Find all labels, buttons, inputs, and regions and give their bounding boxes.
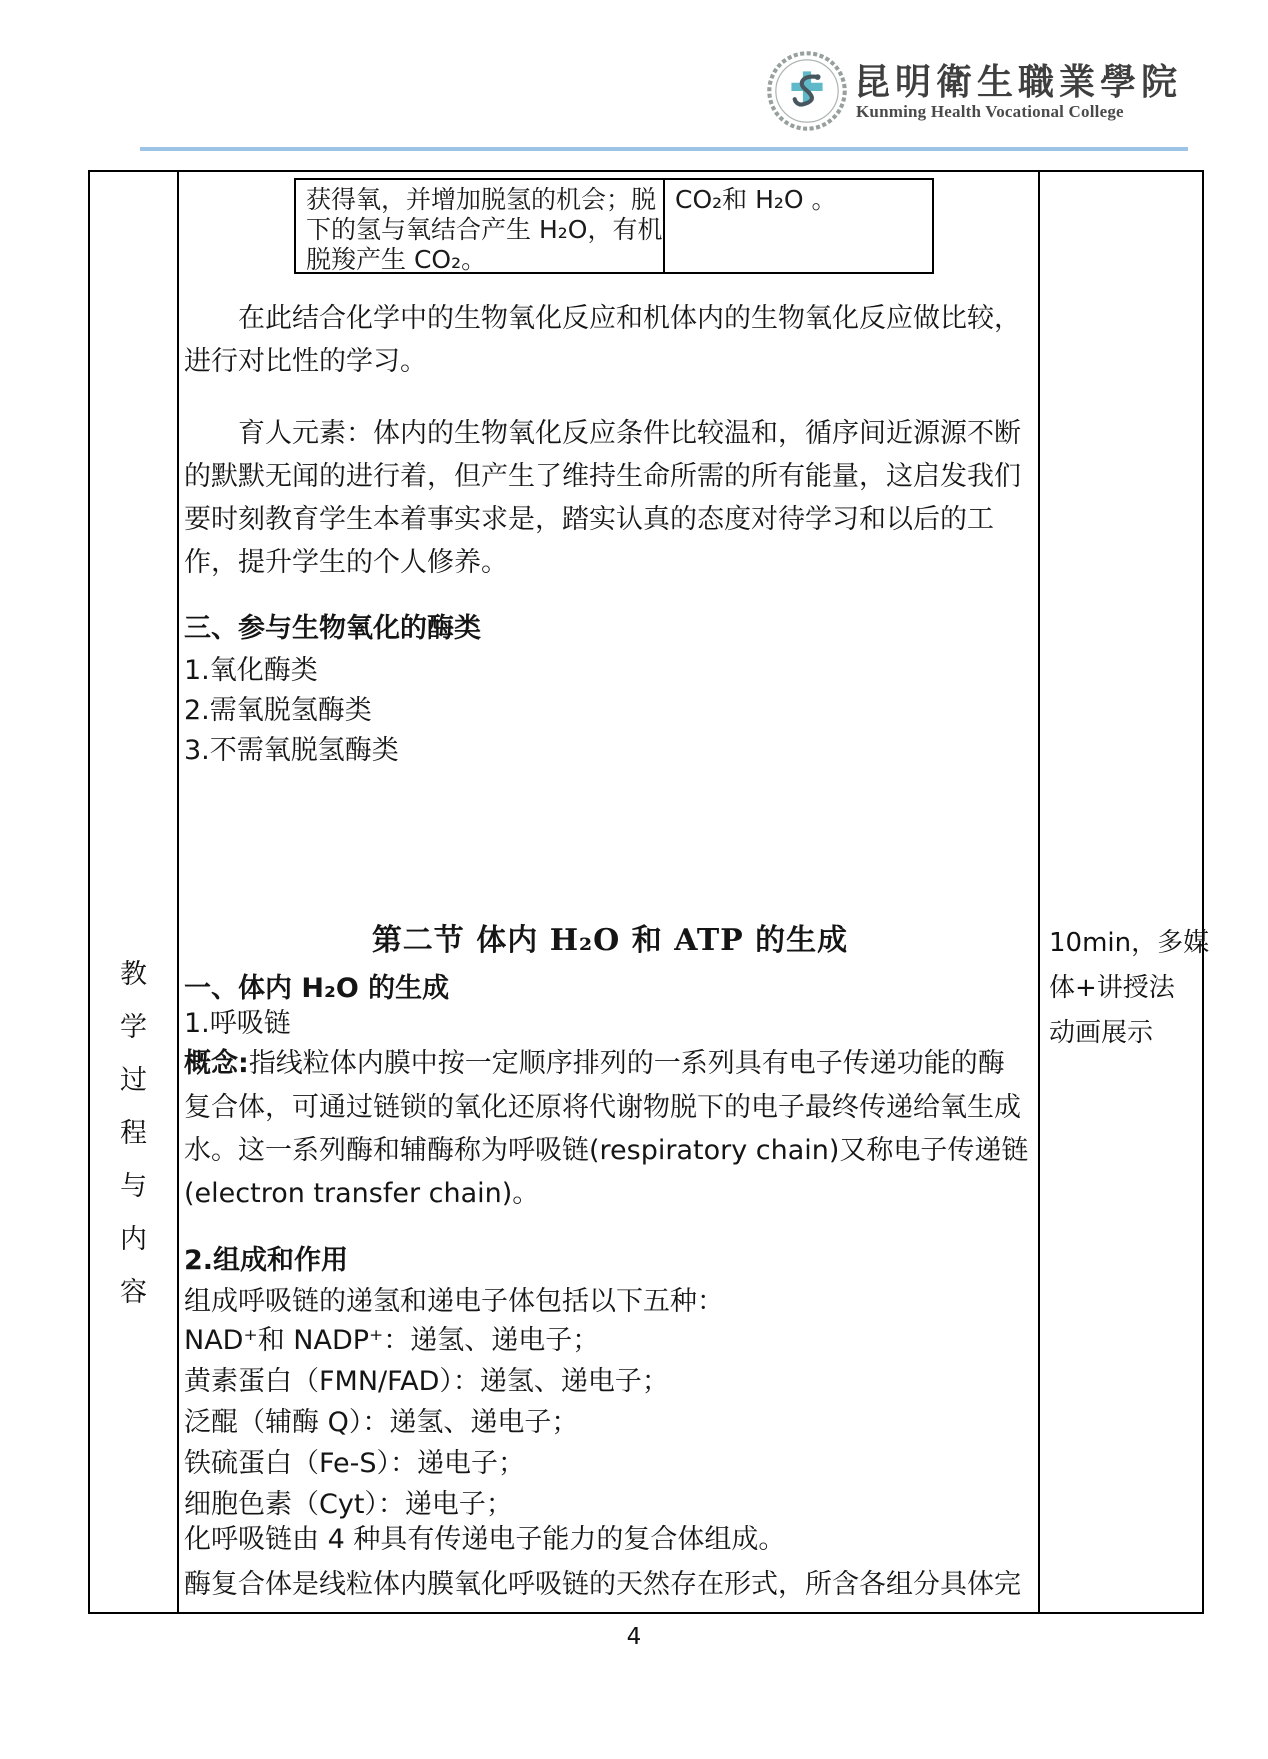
teaching-process-vertical-label: 教学过程与内容 xyxy=(90,952,177,1309)
teaching-process-label-char: 教 xyxy=(120,952,147,991)
content-line: 黄素蛋白（FMN/FAD）：递氢、递电子； xyxy=(184,1365,1036,1399)
content-line: 的默默无闻的进行着，但产生了维持生命所需的所有能量，这启发我们 xyxy=(184,460,1036,494)
content-line: 泛醌（辅酶 Q）：递氢、递电子； xyxy=(184,1406,1036,1440)
column-teaching-process: 教学过程与内容 xyxy=(90,172,179,1612)
teaching-process-label-char: 过 xyxy=(120,1058,147,1097)
content-line: (electron transfer chain)。 xyxy=(184,1177,1036,1211)
teaching-process-label-char: 学 xyxy=(120,1005,147,1044)
subtable-left-cell-line: 下的氢与氧结合产生 H₂O，有机酸 xyxy=(306,215,663,245)
teaching-process-label-char: 容 xyxy=(120,1270,147,1309)
teaching-process-label-char: 与 xyxy=(120,1164,147,1203)
content-line: 作，提升学生的个人修养。 xyxy=(184,546,1036,580)
college-seal-logo-icon xyxy=(766,50,848,132)
content-line: 酶复合体是线粒体内膜氧化呼吸链的天然存在形式，所含各组分具体完 xyxy=(184,1568,1036,1602)
content-line: 1.氧化酶类 xyxy=(184,654,1036,688)
college-name-english: Kunming Health Vocational College xyxy=(856,102,1192,122)
subtable-left-cell-line: 脱羧产生 CO₂。 xyxy=(306,245,663,272)
content-line: 第二节 体内 H₂O 和 ATP 的生成 xyxy=(184,924,1036,958)
content-line: 复合体，可通过链锁的氧化还原将代谢物脱下的电子最终传递给氧生成 xyxy=(184,1091,1036,1125)
subtable-left-cell-line: 获得氧，并增加脱氢的机会；脱 xyxy=(306,185,663,215)
content-line: 细胞色素（Cyt）：递电子； xyxy=(184,1488,1036,1522)
content-line: 要时刻教育学生本着事实求是，踏实认真的态度对待学习和以后的工 xyxy=(184,503,1036,537)
content-line: 水。这一系列酶和辅酶称为呼吸链(respiratory chain)又称电子传递… xyxy=(184,1134,1036,1168)
content-line: 2.需氧脱氢酶类 xyxy=(184,694,1036,728)
content-line: 一、体内 H₂O 的生成 xyxy=(184,972,1036,1006)
content-line: 3.不需氧脱氢酶类 xyxy=(184,734,1036,768)
content-line: 铁硫蛋白（Fe-S）：递电子； xyxy=(184,1447,1036,1481)
teaching-content-cell: 获得氧，并增加脱氢的机会；脱下的氢与氧结合产生 H₂O，有机酸脱羧产生 CO₂。… xyxy=(181,172,1038,1612)
header-divider-line xyxy=(140,147,1188,151)
content-line: 育人元素：体内的生物氧化反应条件比较温和，循序间近源源不断 xyxy=(184,417,1090,451)
college-name-calligraphy: 昆明衛生職業學院 xyxy=(854,54,1190,105)
page-number: 4 xyxy=(0,1624,1268,1650)
content-line: 1.呼吸链 xyxy=(184,1007,1036,1041)
content-line: NAD⁺和 NADP⁺：递氢、递电子； xyxy=(184,1324,1036,1358)
content-line: 在此结合化学中的生物氧化反应和机体内的生物氧化反应做比较， xyxy=(184,302,1090,336)
content-line: 化呼吸链由 4 种具有传递电子能力的复合体组成。 xyxy=(184,1523,1036,1557)
time-method-note-line: 10min，多媒 xyxy=(1049,922,1209,959)
lesson-plan-table: 教学过程与内容 获得氧，并增加脱氢的机会；脱下的氢与氧结合产生 H₂O，有机酸脱… xyxy=(88,170,1204,1614)
time-method-note-line: 体+讲授法 xyxy=(1049,967,1175,1004)
time-method-note-line: 动画展示 xyxy=(1049,1012,1153,1049)
subtable-left-cell: 获得氧，并增加脱氢的机会；脱下的氢与氧结合产生 H₂O，有机酸脱羧产生 CO₂。 xyxy=(296,180,665,272)
content-line: 2.组成和作用 xyxy=(184,1244,1036,1278)
comparison-subtable: 获得氧，并增加脱氢的机会；脱下的氢与氧结合产生 H₂O，有机酸脱羧产生 CO₂。… xyxy=(294,178,934,274)
content-line: 进行对比性的学习。 xyxy=(184,345,1036,379)
content-line: 概念:指线粒体内膜中按一定顺序排列的一系列具有电子传递功能的酶 xyxy=(184,1047,1036,1081)
subtable-right-cell: CO₂和 H₂O 。 xyxy=(665,180,932,272)
teaching-process-label-char: 内 xyxy=(120,1217,147,1256)
content-line: 组成呼吸链的递氢和递电子体包括以下五种： xyxy=(184,1285,1036,1319)
teaching-process-label-char: 程 xyxy=(120,1111,147,1150)
column-time-method-notes: 10min，多媒体+讲授法动画展示 xyxy=(1038,172,1202,1612)
content-line: 三、参与生物氧化的酶类 xyxy=(184,612,1036,646)
